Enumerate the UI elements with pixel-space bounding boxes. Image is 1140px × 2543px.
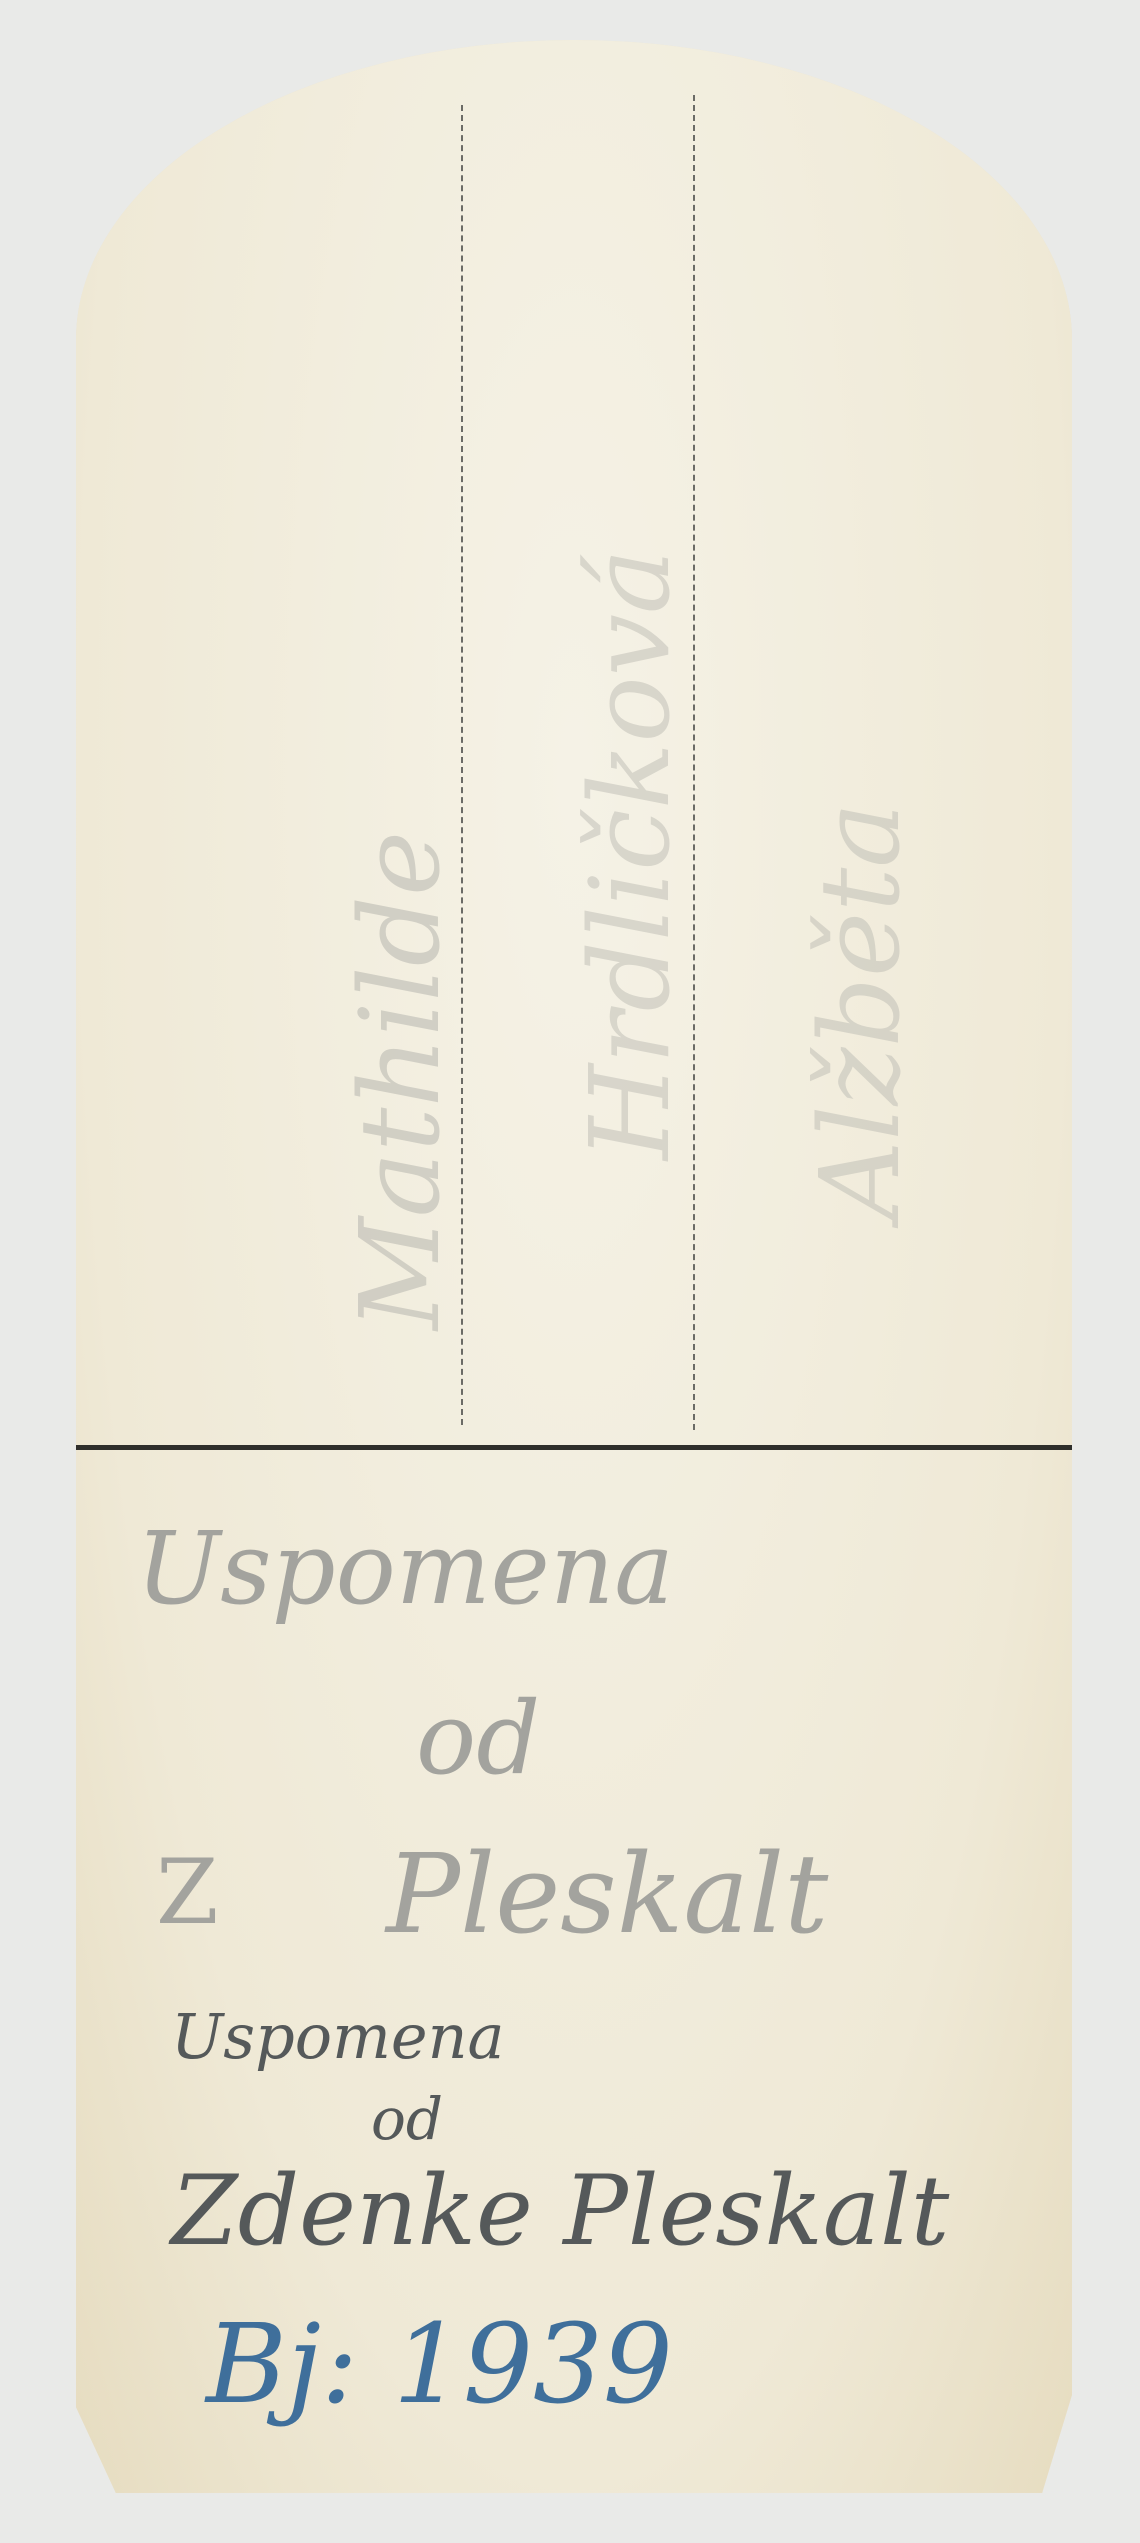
rotated-pencil-text-1: Mathilde <box>336 831 464 1330</box>
rotated-pencil-text-2: Hrdličková <box>566 549 694 1161</box>
pencil-line-uspomena: Uspomena <box>136 1510 674 1627</box>
pencil-initial-z: Z <box>156 1840 219 1945</box>
pencil-surname: Pleskalt <box>386 1830 828 1958</box>
rotated-pencil-text-3: Alžběta <box>796 802 924 1220</box>
pencil-line-od: od <box>416 1680 540 1797</box>
ink-line-od: od <box>371 2085 443 2153</box>
section-divider <box>76 1445 1072 1450</box>
ink-line-uspomena: Uspomena <box>171 2000 504 2073</box>
date-inscription: Bj: 1939 <box>206 2300 673 2428</box>
ink-line-name: Zdenke Pleskalt <box>171 2155 949 2267</box>
photo-card-back: Mathilde Hrdličková Alžběta Uspomena od … <box>76 40 1072 2493</box>
card-paper <box>76 40 1072 2493</box>
